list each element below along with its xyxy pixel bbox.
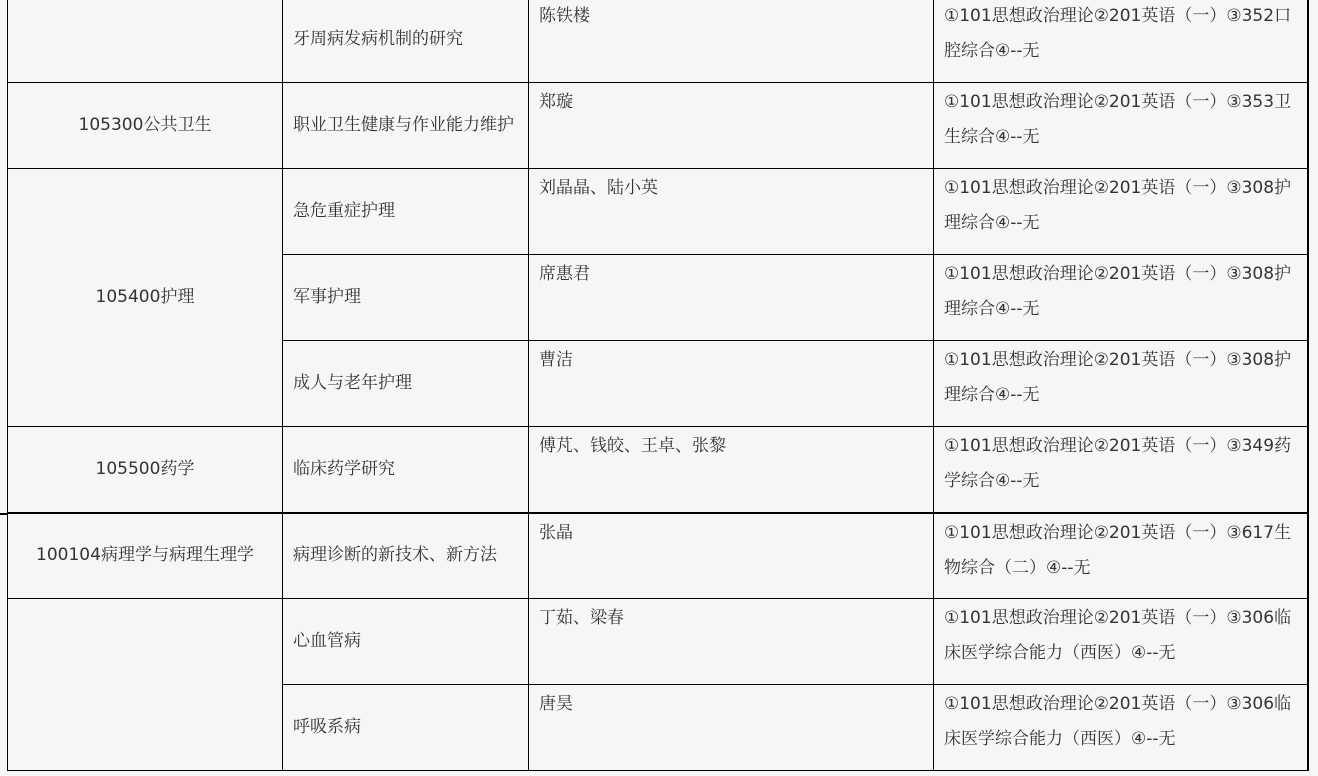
exam-subjects-cell: ①101思想政治理论②201英语（一）③353卫生综合④--无 <box>934 83 1308 169</box>
research-direction-cell: 急危重症护理 <box>283 169 529 255</box>
research-direction-cell: 成人与老年护理 <box>283 341 529 427</box>
major-cell <box>8 599 283 771</box>
majors-table: 牙周病发病机制的研究 陈铁楼 ①101思想政治理论②201英语（一）③352口腔… <box>7 0 1309 771</box>
table-row: 牙周病发病机制的研究 陈铁楼 ①101思想政治理论②201英语（一）③352口腔… <box>8 0 1308 83</box>
tutor-cell: 傅芃、钱皎、王卓、张黎 <box>529 427 934 513</box>
table-row: 心血管病 丁茹、梁春 ①101思想政治理论②201英语（一）③306临床医学综合… <box>8 599 1308 685</box>
major-cell: 105300公共卫生 <box>8 83 283 169</box>
tutor-cell: 曹洁 <box>529 341 934 427</box>
research-direction-cell: 军事护理 <box>283 255 529 341</box>
table-row: 105500药学 临床药学研究 傅芃、钱皎、王卓、张黎 ①101思想政治理论②2… <box>8 427 1308 513</box>
exam-subjects-cell: ①101思想政治理论②201英语（一）③308护理综合④--无 <box>934 255 1308 341</box>
tutor-cell: 席惠君 <box>529 255 934 341</box>
exam-subjects-cell: ①101思想政治理论②201英语（一）③306临床医学综合能力（西医）④--无 <box>934 599 1308 685</box>
exam-subjects-cell: ①101思想政治理论②201英语（一）③352口腔综合④--无 <box>934 0 1308 83</box>
research-direction-cell: 病理诊断的新技术、新方法 <box>283 513 529 599</box>
major-cell <box>8 0 283 83</box>
exam-subjects-cell: ①101思想政治理论②201英语（一）③308护理综合④--无 <box>934 341 1308 427</box>
page: 牙周病发病机制的研究 陈铁楼 ①101思想政治理论②201英语（一）③352口腔… <box>0 0 1318 776</box>
tutor-cell: 陈铁楼 <box>529 0 934 83</box>
major-cell: 105400护理 <box>8 169 283 427</box>
table-row: 105400护理 急危重症护理 刘晶晶、陆小英 ①101思想政治理论②201英语… <box>8 169 1308 255</box>
tutor-cell: 刘晶晶、陆小英 <box>529 169 934 255</box>
research-direction-cell: 职业卫生健康与作业能力维护 <box>283 83 529 169</box>
tutor-cell: 唐昊 <box>529 685 934 771</box>
major-cell: 105500药学 <box>8 427 283 513</box>
table-row: 105300公共卫生 职业卫生健康与作业能力维护 郑璇 ①101思想政治理论②2… <box>8 83 1308 169</box>
research-direction-cell: 牙周病发病机制的研究 <box>283 0 529 83</box>
table-row: 100104病理学与病理生理学 病理诊断的新技术、新方法 张晶 ①101思想政治… <box>8 513 1308 599</box>
major-cell: 100104病理学与病理生理学 <box>8 513 283 599</box>
tutor-cell: 丁茹、梁春 <box>529 599 934 685</box>
exam-subjects-cell: ①101思想政治理论②201英语（一）③349药学综合④--无 <box>934 427 1308 513</box>
exam-subjects-cell: ①101思想政治理论②201英语（一）③308护理综合④--无 <box>934 169 1308 255</box>
tutor-cell: 郑璇 <box>529 83 934 169</box>
tutor-cell: 张晶 <box>529 513 934 599</box>
exam-subjects-cell: ①101思想政治理论②201英语（一）③306临床医学综合能力（西医）④--无 <box>934 685 1308 771</box>
research-direction-cell: 心血管病 <box>283 599 529 685</box>
research-direction-cell: 呼吸系病 <box>283 685 529 771</box>
exam-subjects-cell: ①101思想政治理论②201英语（一）③617生物综合（二）④--无 <box>934 513 1308 599</box>
research-direction-cell: 临床药学研究 <box>283 427 529 513</box>
